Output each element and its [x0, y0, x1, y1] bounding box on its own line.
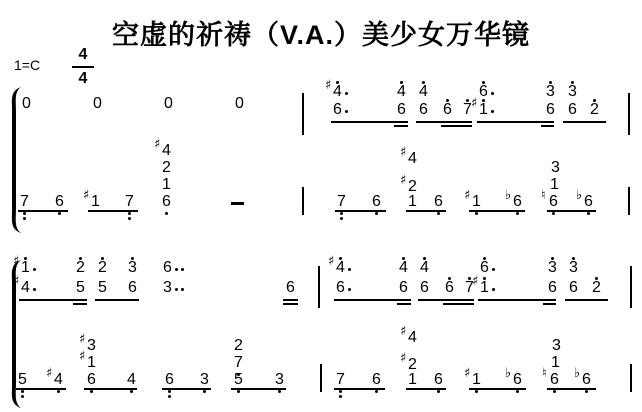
sharp-accidental-icon: ♯ [471, 98, 477, 109]
note-token: 1 [408, 195, 417, 208]
octave-dot-below [339, 395, 342, 398]
augmentation-dot [492, 268, 495, 271]
octave-dot-above [24, 257, 27, 260]
note-token: 2 [98, 261, 107, 274]
note-token: 6 [165, 373, 174, 386]
octave-dot-above [571, 81, 574, 84]
octave-dot-below [339, 390, 342, 393]
note-digit: 6 [568, 103, 577, 116]
augmentation-dot [181, 288, 184, 291]
augmentation-dot [491, 110, 494, 113]
octave-dot-below [516, 390, 519, 393]
note-digit: 6 [584, 195, 593, 208]
dash-note [231, 202, 244, 205]
octave-dot-below [552, 212, 555, 215]
note-token: 1♯ [479, 103, 488, 116]
sharp-accidental-icon: ♯ [464, 368, 470, 379]
note-digit: 0 [93, 97, 102, 110]
barline [630, 266, 632, 308]
note-digit: 6 [399, 281, 408, 294]
note-digit: 4 [419, 85, 428, 98]
note-token: 6♭ [584, 195, 593, 208]
note-digit: 2 [162, 161, 171, 174]
note-digit: 6 [546, 103, 555, 116]
augmentation-dot [181, 268, 184, 271]
sharp-accidental-icon: ♯ [328, 256, 334, 267]
note-digit: 6 [434, 195, 443, 208]
note-digit: 1 [472, 373, 481, 386]
flat-accidental-icon: ♭ [505, 368, 511, 379]
beam-underline [477, 121, 554, 123]
beam-underline [394, 125, 408, 127]
flat-accidental-icon: ♭ [576, 190, 582, 201]
octave-dot-above [551, 257, 554, 260]
note-digit: 6 [582, 373, 591, 386]
note-token: 4 [397, 85, 406, 98]
octave-dot-below [340, 217, 343, 220]
note-token: 6 [55, 195, 64, 208]
note-digit: 6 [443, 103, 452, 116]
note-digit: 6 [336, 281, 345, 294]
octave-dot-below [516, 212, 519, 215]
note-digit: 6 [286, 281, 295, 294]
beam-underline [335, 210, 386, 212]
note-token: 6 [434, 373, 443, 386]
note-token: 1 [408, 373, 417, 386]
note-token: 6 [87, 373, 96, 386]
octave-dot-below [57, 390, 60, 393]
note-digit: 6 [513, 195, 522, 208]
octave-dot-below [168, 395, 171, 398]
note-digit: 6 [550, 373, 559, 386]
barline [628, 187, 630, 215]
barline [630, 364, 632, 392]
note-token: 4 [399, 261, 408, 274]
note-digit: 4 [127, 373, 136, 386]
note-token: 4 [419, 85, 428, 98]
octave-dot-below [23, 217, 26, 220]
note-digit: 3 [569, 261, 578, 274]
note-digit: 4 [408, 152, 417, 165]
note-token: 6 [336, 281, 345, 294]
note-digit: 6 [163, 261, 172, 274]
barline [320, 364, 322, 392]
sharp-accidental-icon: ♯ [400, 147, 406, 158]
octave-dot-below [375, 390, 378, 393]
note-token: 1♯ [91, 195, 100, 208]
note-digit: 1 [408, 195, 417, 208]
note-token: 6 [480, 261, 489, 274]
note-digit: 4 [408, 331, 417, 344]
note-token: 6 [162, 195, 171, 208]
beam-underline [441, 125, 472, 127]
note-token: 4♯ [408, 152, 417, 165]
note-digit: 1 [479, 103, 488, 116]
beam-underline [543, 303, 556, 305]
octave-dot-above [483, 277, 486, 280]
note-token: 6 [419, 103, 428, 116]
beam-underline [443, 303, 474, 305]
sharp-accidental-icon: ♯ [400, 326, 406, 337]
note-token: 7 [20, 195, 29, 208]
note-token: 3 [275, 373, 284, 386]
beam-underline [406, 388, 446, 390]
octave-dot-above [482, 81, 485, 84]
note-token: 0 [93, 97, 102, 110]
note-digit: 0 [22, 97, 31, 110]
beam-underline [418, 299, 474, 301]
note-token: 3♯ [87, 339, 96, 352]
octave-dot-below [278, 390, 281, 393]
note-digit: 6 [480, 261, 489, 274]
note-token: 3 [569, 261, 578, 274]
sharp-accidental-icon: ♯ [400, 175, 406, 186]
flat-accidental-icon: ♭ [574, 368, 580, 379]
augmentation-dot [492, 288, 495, 291]
sharp-accidental-icon: ♯ [464, 190, 470, 201]
octave-dot-below [553, 390, 556, 393]
note-token: 3 [548, 261, 557, 274]
note-token: 2 [76, 261, 85, 274]
note-digit: 3 [128, 261, 137, 274]
augmentation-dot [345, 92, 348, 95]
sharp-accidental-icon: ♯ [13, 276, 19, 287]
note-digit: 2 [408, 180, 417, 193]
note-token: 6 [163, 261, 172, 274]
augmentation-dot [348, 288, 351, 291]
sharp-accidental-icon: ♯ [79, 334, 85, 345]
octave-dot-above [448, 277, 451, 280]
augmentation-dot [33, 268, 36, 271]
natural-accidental-icon: ♮ [541, 190, 546, 201]
note-token: 6 [479, 85, 488, 98]
sharp-accidental-icon: ♯ [13, 256, 19, 267]
beam-underline [563, 121, 606, 123]
note-digit: 3 [552, 339, 561, 352]
note-token: 7 [125, 195, 134, 208]
augmentation-dot [348, 268, 351, 271]
note-token: 4 [127, 373, 136, 386]
note-token: 1 [551, 356, 560, 369]
note-digit: 6 [55, 195, 64, 208]
octave-dot-above [131, 257, 134, 260]
note-token: 4♯ [54, 373, 63, 386]
note-digit: 6 [87, 373, 96, 386]
note-token: 7 [234, 356, 243, 369]
note-digit: 1 [162, 178, 171, 191]
note-token: 4♯ [336, 261, 345, 274]
note-token: 4♯ [408, 331, 417, 344]
beam-underline [416, 121, 472, 123]
beam-underline [478, 299, 556, 301]
note-token: 6 [434, 195, 443, 208]
note-digit: 3 [551, 161, 560, 174]
note-token: 6 [548, 281, 557, 294]
note-digit: 4 [21, 281, 30, 294]
note-token: 6♭ [513, 373, 522, 386]
note-token: 5 [18, 373, 27, 386]
augmentation-dot [175, 268, 178, 271]
note-token: 2♯ [408, 358, 417, 371]
note-token: 6♭ [582, 373, 591, 386]
note-token: 5 [76, 281, 85, 294]
note-token: 0 [235, 97, 244, 110]
note-token: 1♯ [21, 261, 30, 274]
note-digit: 1 [87, 356, 96, 369]
note-digit: 4 [162, 144, 171, 157]
note-token: 4♯ [21, 281, 30, 294]
note-digit: 6 [420, 281, 429, 294]
note-digit: 4 [397, 85, 406, 98]
note-digit: 2 [234, 339, 243, 352]
barline [628, 93, 630, 135]
octave-dot-above [482, 99, 485, 102]
note-digit: 2 [98, 261, 107, 274]
note-token: 3 [552, 339, 561, 352]
note-digit: 6 [128, 281, 137, 294]
sheet-music-page: 空虚的祈祷（V.A.）美少女万华镜 1=C 4 4 00004♯44633666… [0, 0, 642, 412]
octave-dot-above [400, 81, 403, 84]
augmentation-dot [491, 92, 494, 95]
note-digit: 7 [20, 195, 29, 208]
natural-accidental-icon: ♮ [542, 368, 547, 379]
augmentation-dot [33, 288, 36, 291]
note-token: 6 [445, 281, 454, 294]
beam-underline [334, 299, 411, 301]
note-digit: 2 [76, 261, 85, 274]
octave-dot-below [437, 390, 440, 393]
note-digit: 5 [98, 281, 107, 294]
note-digit: 0 [235, 97, 244, 110]
note-token: 6♮ [550, 373, 559, 386]
note-digit: 3 [546, 85, 555, 98]
sharp-accidental-icon: ♯ [400, 353, 406, 364]
note-digit: 2 [592, 281, 601, 294]
note-token: 6♭ [513, 195, 522, 208]
note-digit: 2 [590, 103, 599, 116]
note-digit: 3 [568, 85, 577, 98]
note-token: 2 [234, 339, 243, 352]
octave-dot-below [21, 395, 24, 398]
note-digit: 1 [551, 356, 560, 369]
barline [302, 93, 304, 135]
note-token: 6 [546, 103, 555, 116]
note-token: 4♯ [162, 144, 171, 157]
note-token: 2 [590, 103, 599, 116]
octave-dot-below [128, 217, 131, 220]
octave-dot-below [587, 212, 590, 215]
note-token: 1 [162, 178, 171, 191]
note-token: 6 [399, 281, 408, 294]
note-digit: 4 [399, 261, 408, 274]
note-digit: 2 [408, 358, 417, 371]
augmentation-dot [175, 288, 178, 291]
augmentation-dot [345, 110, 348, 113]
note-token: 3 [128, 261, 137, 274]
note-digit: 3 [163, 281, 172, 294]
note-token: 6♮ [549, 195, 558, 208]
note-digit: 3 [548, 261, 557, 274]
sharp-accidental-icon: ♯ [325, 80, 331, 91]
notation-canvas: 00004♯44633666671♯662761♯76124♯7612♯4♯61… [0, 0, 642, 412]
note-token: 4 [420, 261, 429, 274]
beam-underline [95, 299, 139, 301]
beam-underline [565, 299, 608, 301]
note-digit: 5 [18, 373, 27, 386]
octave-dot-above [101, 257, 104, 260]
octave-dot-below [23, 212, 26, 215]
note-token: 2 [162, 161, 171, 174]
beam-underline [283, 303, 298, 305]
beam-underline [19, 299, 87, 301]
octave-dot-above [468, 277, 471, 280]
note-token: 6 [128, 281, 137, 294]
note-digit: 6 [513, 373, 522, 386]
note-token: 6 [568, 103, 577, 116]
octave-dot-below [437, 212, 440, 215]
note-token: 6 [420, 281, 429, 294]
note-token: 1♯ [87, 356, 96, 369]
note-digit: 7 [336, 373, 345, 386]
note-digit: 6 [434, 373, 443, 386]
barline [302, 187, 304, 215]
note-token: 5 [98, 281, 107, 294]
note-token: 0 [22, 97, 31, 110]
note-token: 1♯ [480, 281, 489, 294]
note-token: 1♯ [472, 373, 481, 386]
note-digit: 6 [165, 373, 174, 386]
note-digit: 6 [162, 195, 171, 208]
note-digit: 1 [21, 261, 30, 274]
beam-underline [406, 210, 446, 212]
octave-dot-below [237, 390, 240, 393]
note-digit: 6 [372, 195, 381, 208]
barline [318, 266, 320, 308]
octave-dot-above [466, 99, 469, 102]
beam-underline [397, 303, 411, 305]
note-digit: 6 [419, 103, 428, 116]
note-digit: 5 [76, 281, 85, 294]
octave-dot-below [130, 390, 133, 393]
note-token: 2 [592, 281, 601, 294]
note-token: 6 [333, 103, 342, 116]
octave-dot-above [483, 257, 486, 260]
note-digit: 1 [91, 195, 100, 208]
octave-dot-above [423, 257, 426, 260]
octave-dot-above [79, 257, 82, 260]
note-token: 3 [200, 373, 209, 386]
octave-dot-below [21, 390, 24, 393]
note-token: 7 [337, 195, 346, 208]
note-token: 3 [568, 85, 577, 98]
note-digit: 7 [337, 195, 346, 208]
note-digit: 6 [479, 85, 488, 98]
octave-dot-above [339, 257, 342, 260]
beam-underline [541, 125, 554, 127]
octave-dot-below [168, 390, 171, 393]
sharp-accidental-icon: ♯ [83, 190, 89, 201]
note-token: 4♯ [333, 85, 342, 98]
note-token: 7 [336, 373, 345, 386]
beam-underline [18, 210, 68, 212]
octave-dot-below [203, 390, 206, 393]
octave-dot-below [128, 212, 131, 215]
note-digit: 6 [548, 281, 557, 294]
note-digit: 7 [125, 195, 134, 208]
note-digit: 4 [420, 261, 429, 274]
note-token: 3 [163, 281, 172, 294]
octave-dot-below [165, 212, 168, 215]
note-digit: 4 [54, 373, 63, 386]
sharp-accidental-icon: ♯ [154, 139, 160, 150]
note-digit: 6 [372, 373, 381, 386]
beam-underline [283, 299, 298, 301]
sharp-accidental-icon: ♯ [46, 368, 52, 379]
octave-dot-below [375, 212, 378, 215]
note-token: 6 [443, 103, 452, 116]
note-token: 1♯ [472, 195, 481, 208]
note-token: 3 [546, 85, 555, 98]
octave-dot-above [549, 81, 552, 84]
note-digit: 0 [164, 97, 173, 110]
note-token: 1 [550, 178, 559, 191]
note-token: 6 [372, 195, 381, 208]
octave-dot-above [402, 257, 405, 260]
note-digit: 3 [275, 373, 284, 386]
note-token: 0 [164, 97, 173, 110]
note-digit: 7 [234, 356, 243, 369]
note-token: 6 [569, 281, 578, 294]
octave-dot-below [237, 373, 240, 376]
note-token: 6 [397, 103, 406, 116]
note-digit: 3 [87, 339, 96, 352]
note-token: 2♯ [408, 180, 417, 193]
note-token: 3 [551, 161, 560, 174]
note-token: 6 [372, 373, 381, 386]
beam-underline [73, 303, 87, 305]
octave-dot-above [593, 99, 596, 102]
note-digit: 6 [445, 281, 454, 294]
note-digit: 6 [397, 103, 406, 116]
octave-dot-above [422, 81, 425, 84]
flat-accidental-icon: ♭ [505, 190, 511, 201]
note-digit: 6 [549, 195, 558, 208]
octave-dot-above [446, 99, 449, 102]
note-digit: 4 [333, 85, 342, 98]
octave-dot-below [585, 390, 588, 393]
beam-underline [88, 210, 138, 212]
octave-dot-below [475, 212, 478, 215]
note-digit: 1 [480, 281, 489, 294]
note-token: 6 [286, 281, 295, 294]
octave-dot-above [595, 277, 598, 280]
beam-underline [331, 121, 408, 123]
note-digit: 3 [200, 373, 209, 386]
octave-dot-above [572, 257, 575, 260]
octave-dot-below [58, 212, 61, 215]
sharp-accidental-icon: ♯ [472, 276, 478, 287]
octave-dot-below [340, 212, 343, 215]
note-digit: 6 [569, 281, 578, 294]
note-digit: 1 [472, 195, 481, 208]
note-digit: 4 [336, 261, 345, 274]
octave-dot-below [475, 390, 478, 393]
note-digit: 6 [333, 103, 342, 116]
sharp-accidental-icon: ♯ [79, 351, 85, 362]
octave-dot-below [90, 390, 93, 393]
note-digit: 1 [408, 373, 417, 386]
note-digit: 1 [550, 178, 559, 191]
